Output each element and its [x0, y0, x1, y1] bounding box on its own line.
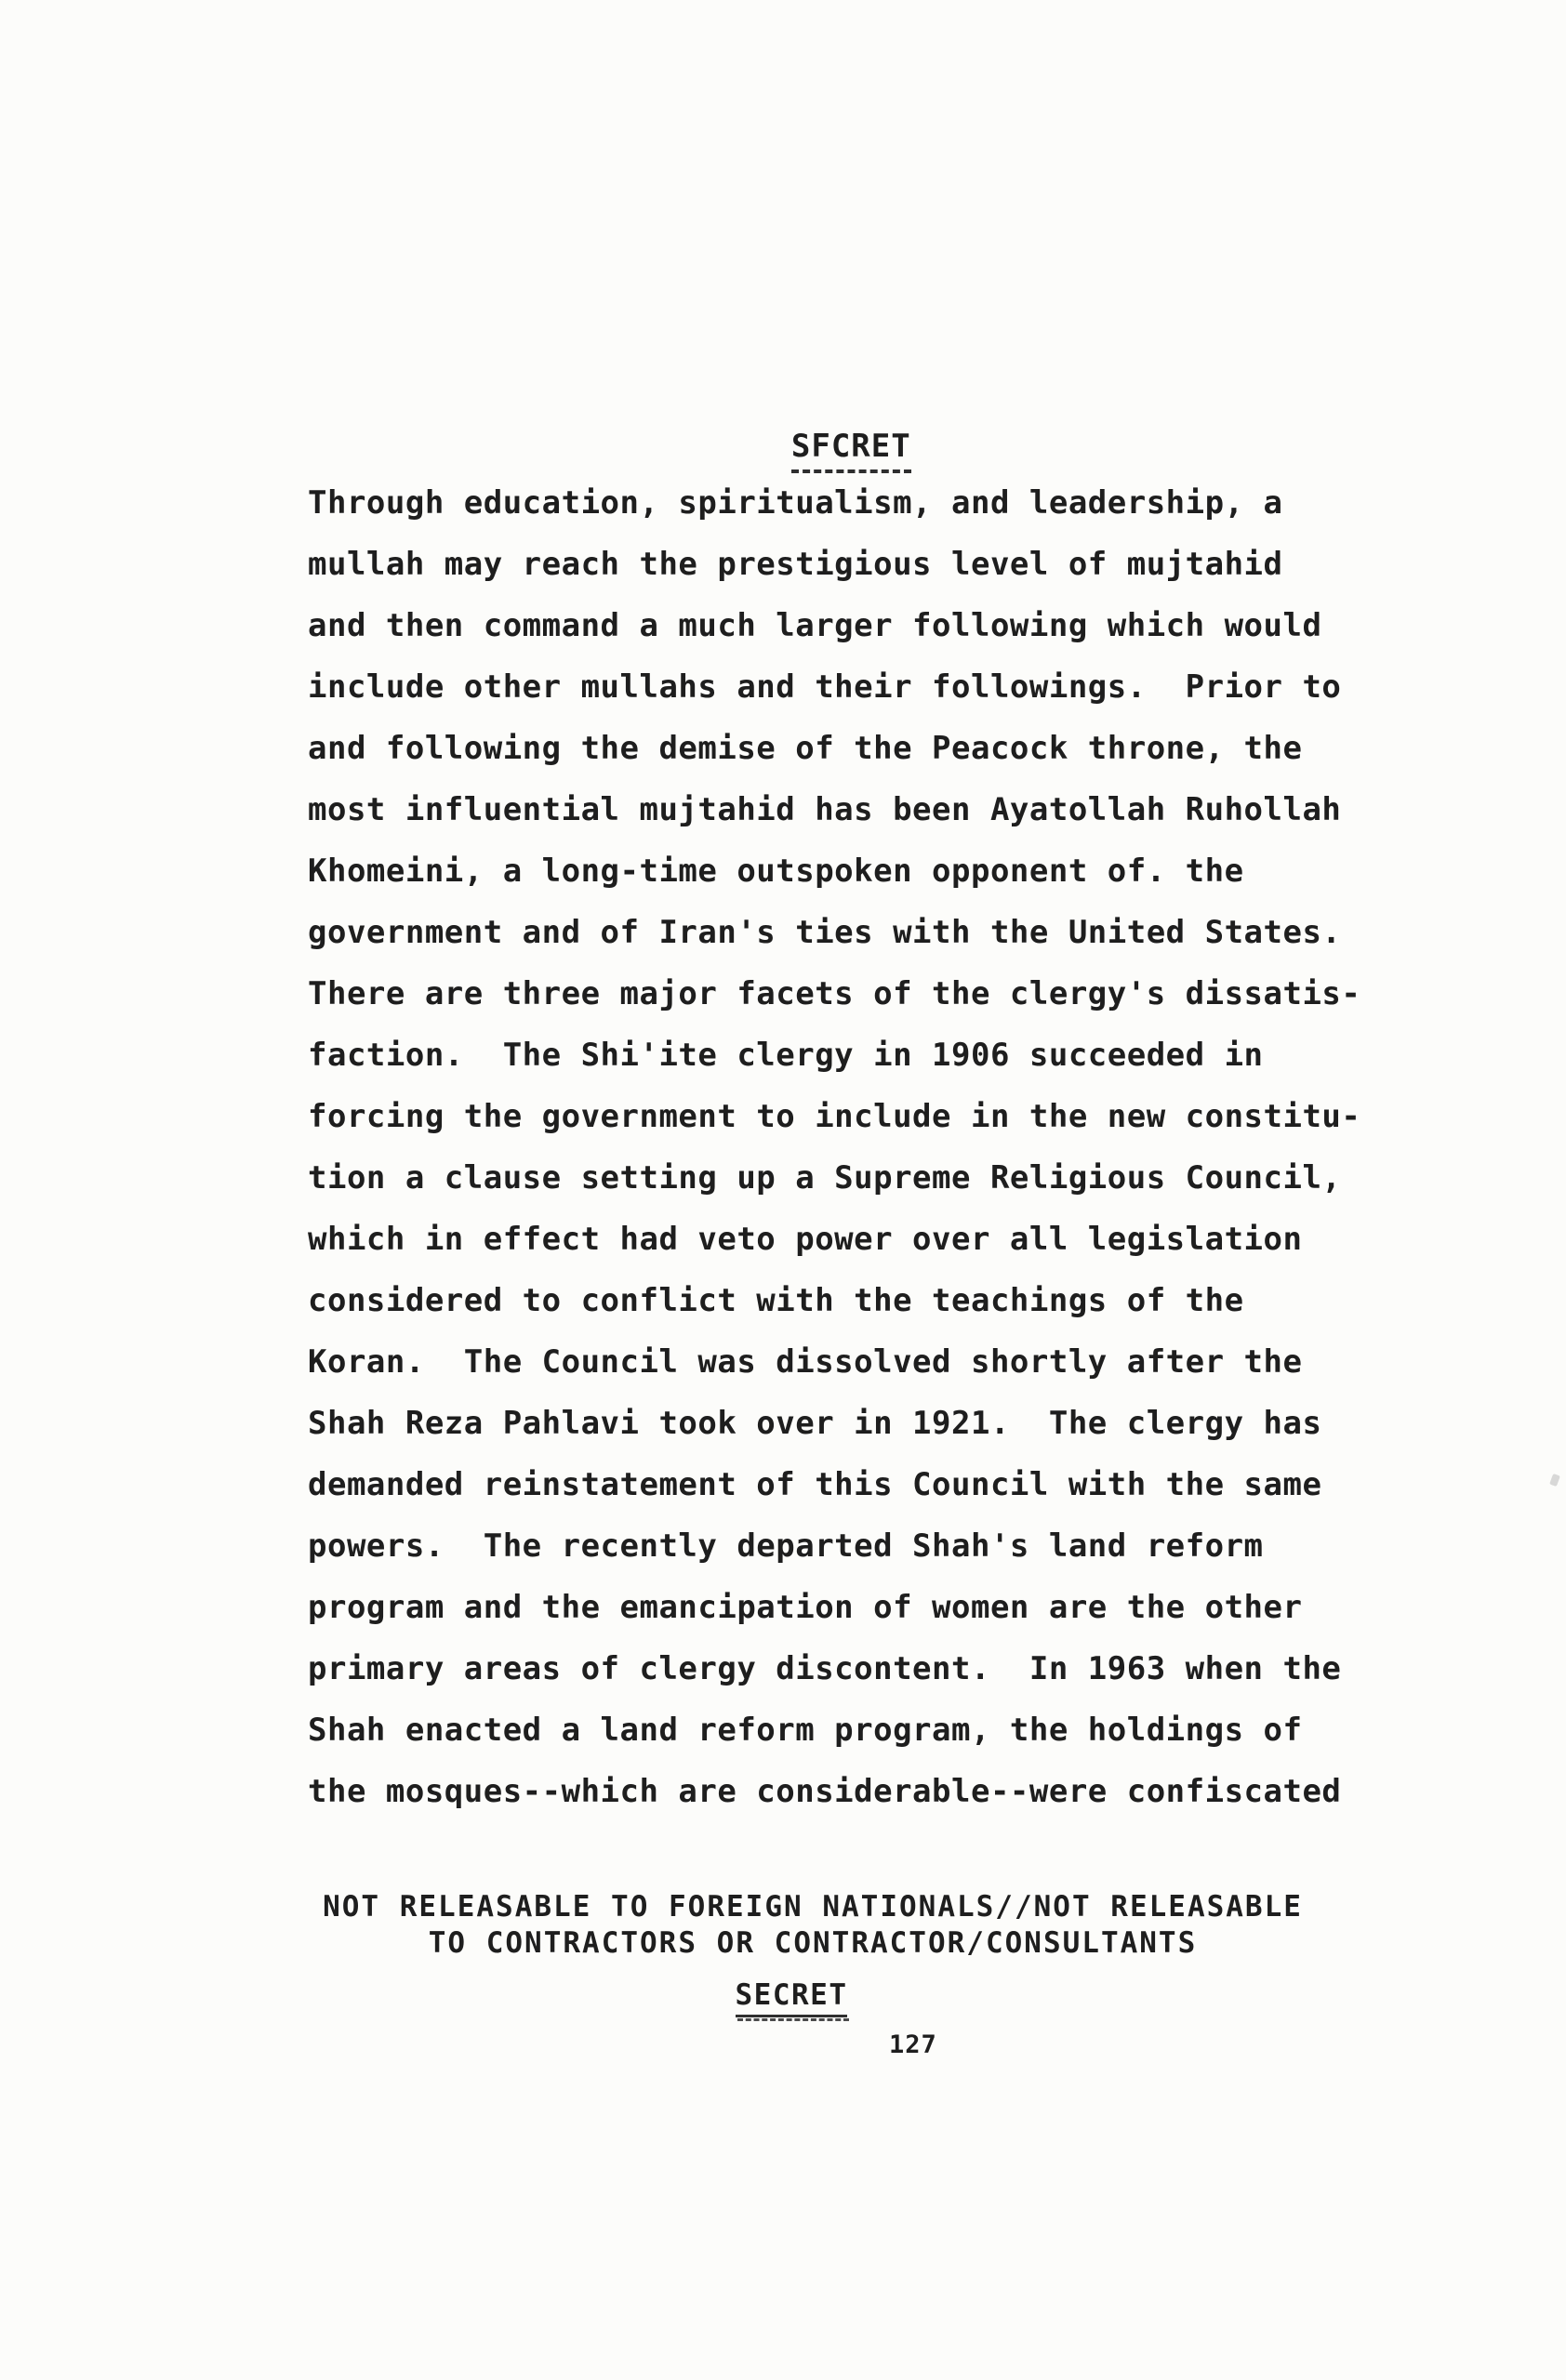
body-line: forcing the government to include in the… [308, 1086, 1360, 1147]
body-line: Through education, spiritualism, and lea… [308, 472, 1360, 534]
body-line: the mosques--which are considerable--wer… [308, 1761, 1360, 1822]
body-paragraph: Through education, spiritualism, and lea… [308, 472, 1360, 1822]
body-line: There are three major facets of the cler… [308, 963, 1360, 1025]
body-line: primary areas of clergy discontent. In 1… [308, 1638, 1360, 1699]
releasability-line-2: TO CONTRACTORS OR CONTRACTOR/CONSULTANTS [60, 1925, 1566, 1962]
releasability-line-1: NOT RELEASABLE TO FOREIGN NATIONALS//NOT… [60, 1889, 1566, 1925]
page-number: 127 [889, 2030, 937, 2059]
body-line: and following the demise of the Peacock … [308, 718, 1360, 779]
document-page: SFCRET Through education, spiritualism, … [0, 0, 1566, 2380]
body-line: government and of Iran's ties with the U… [308, 902, 1360, 963]
body-line: demanded reinstatement of this Council w… [308, 1454, 1360, 1515]
body-line: program and the emancipation of women ar… [308, 1577, 1360, 1638]
body-line: mullah may reach the prestigious level o… [308, 534, 1360, 595]
body-line: Koran. The Council was dissolved shortly… [308, 1331, 1360, 1393]
releasability-notice: NOT RELEASABLE TO FOREIGN NATIONALS//NOT… [0, 1889, 1566, 1962]
body-line: most influential mujtahid has been Ayato… [308, 779, 1360, 840]
body-line: and then command a much larger following… [308, 595, 1360, 656]
body-line: include other mullahs and their followin… [308, 656, 1360, 718]
body-line: tion a clause setting up a Supreme Relig… [308, 1147, 1360, 1209]
body-line: faction. The Shi'ite clergy in 1906 succ… [308, 1025, 1360, 1086]
body-line: Khomeini, a long-time outspoken opponent… [308, 840, 1360, 902]
classification-top-text: SFCRET [791, 428, 911, 473]
classification-banner-bottom: SECRET [0, 1978, 1566, 2017]
body-line: powers. The recently departed Shah's lan… [308, 1515, 1360, 1577]
body-line: considered to conflict with the teaching… [308, 1270, 1360, 1331]
body-line: Shah Reza Pahlavi took over in 1921. The… [308, 1393, 1360, 1454]
body-line: which in effect had veto power over all … [308, 1209, 1360, 1270]
classification-bottom-text: SECRET [736, 1978, 848, 2017]
scan-artifact [1549, 1474, 1560, 1487]
body-line: Shah enacted a land reform program, the … [308, 1699, 1360, 1761]
